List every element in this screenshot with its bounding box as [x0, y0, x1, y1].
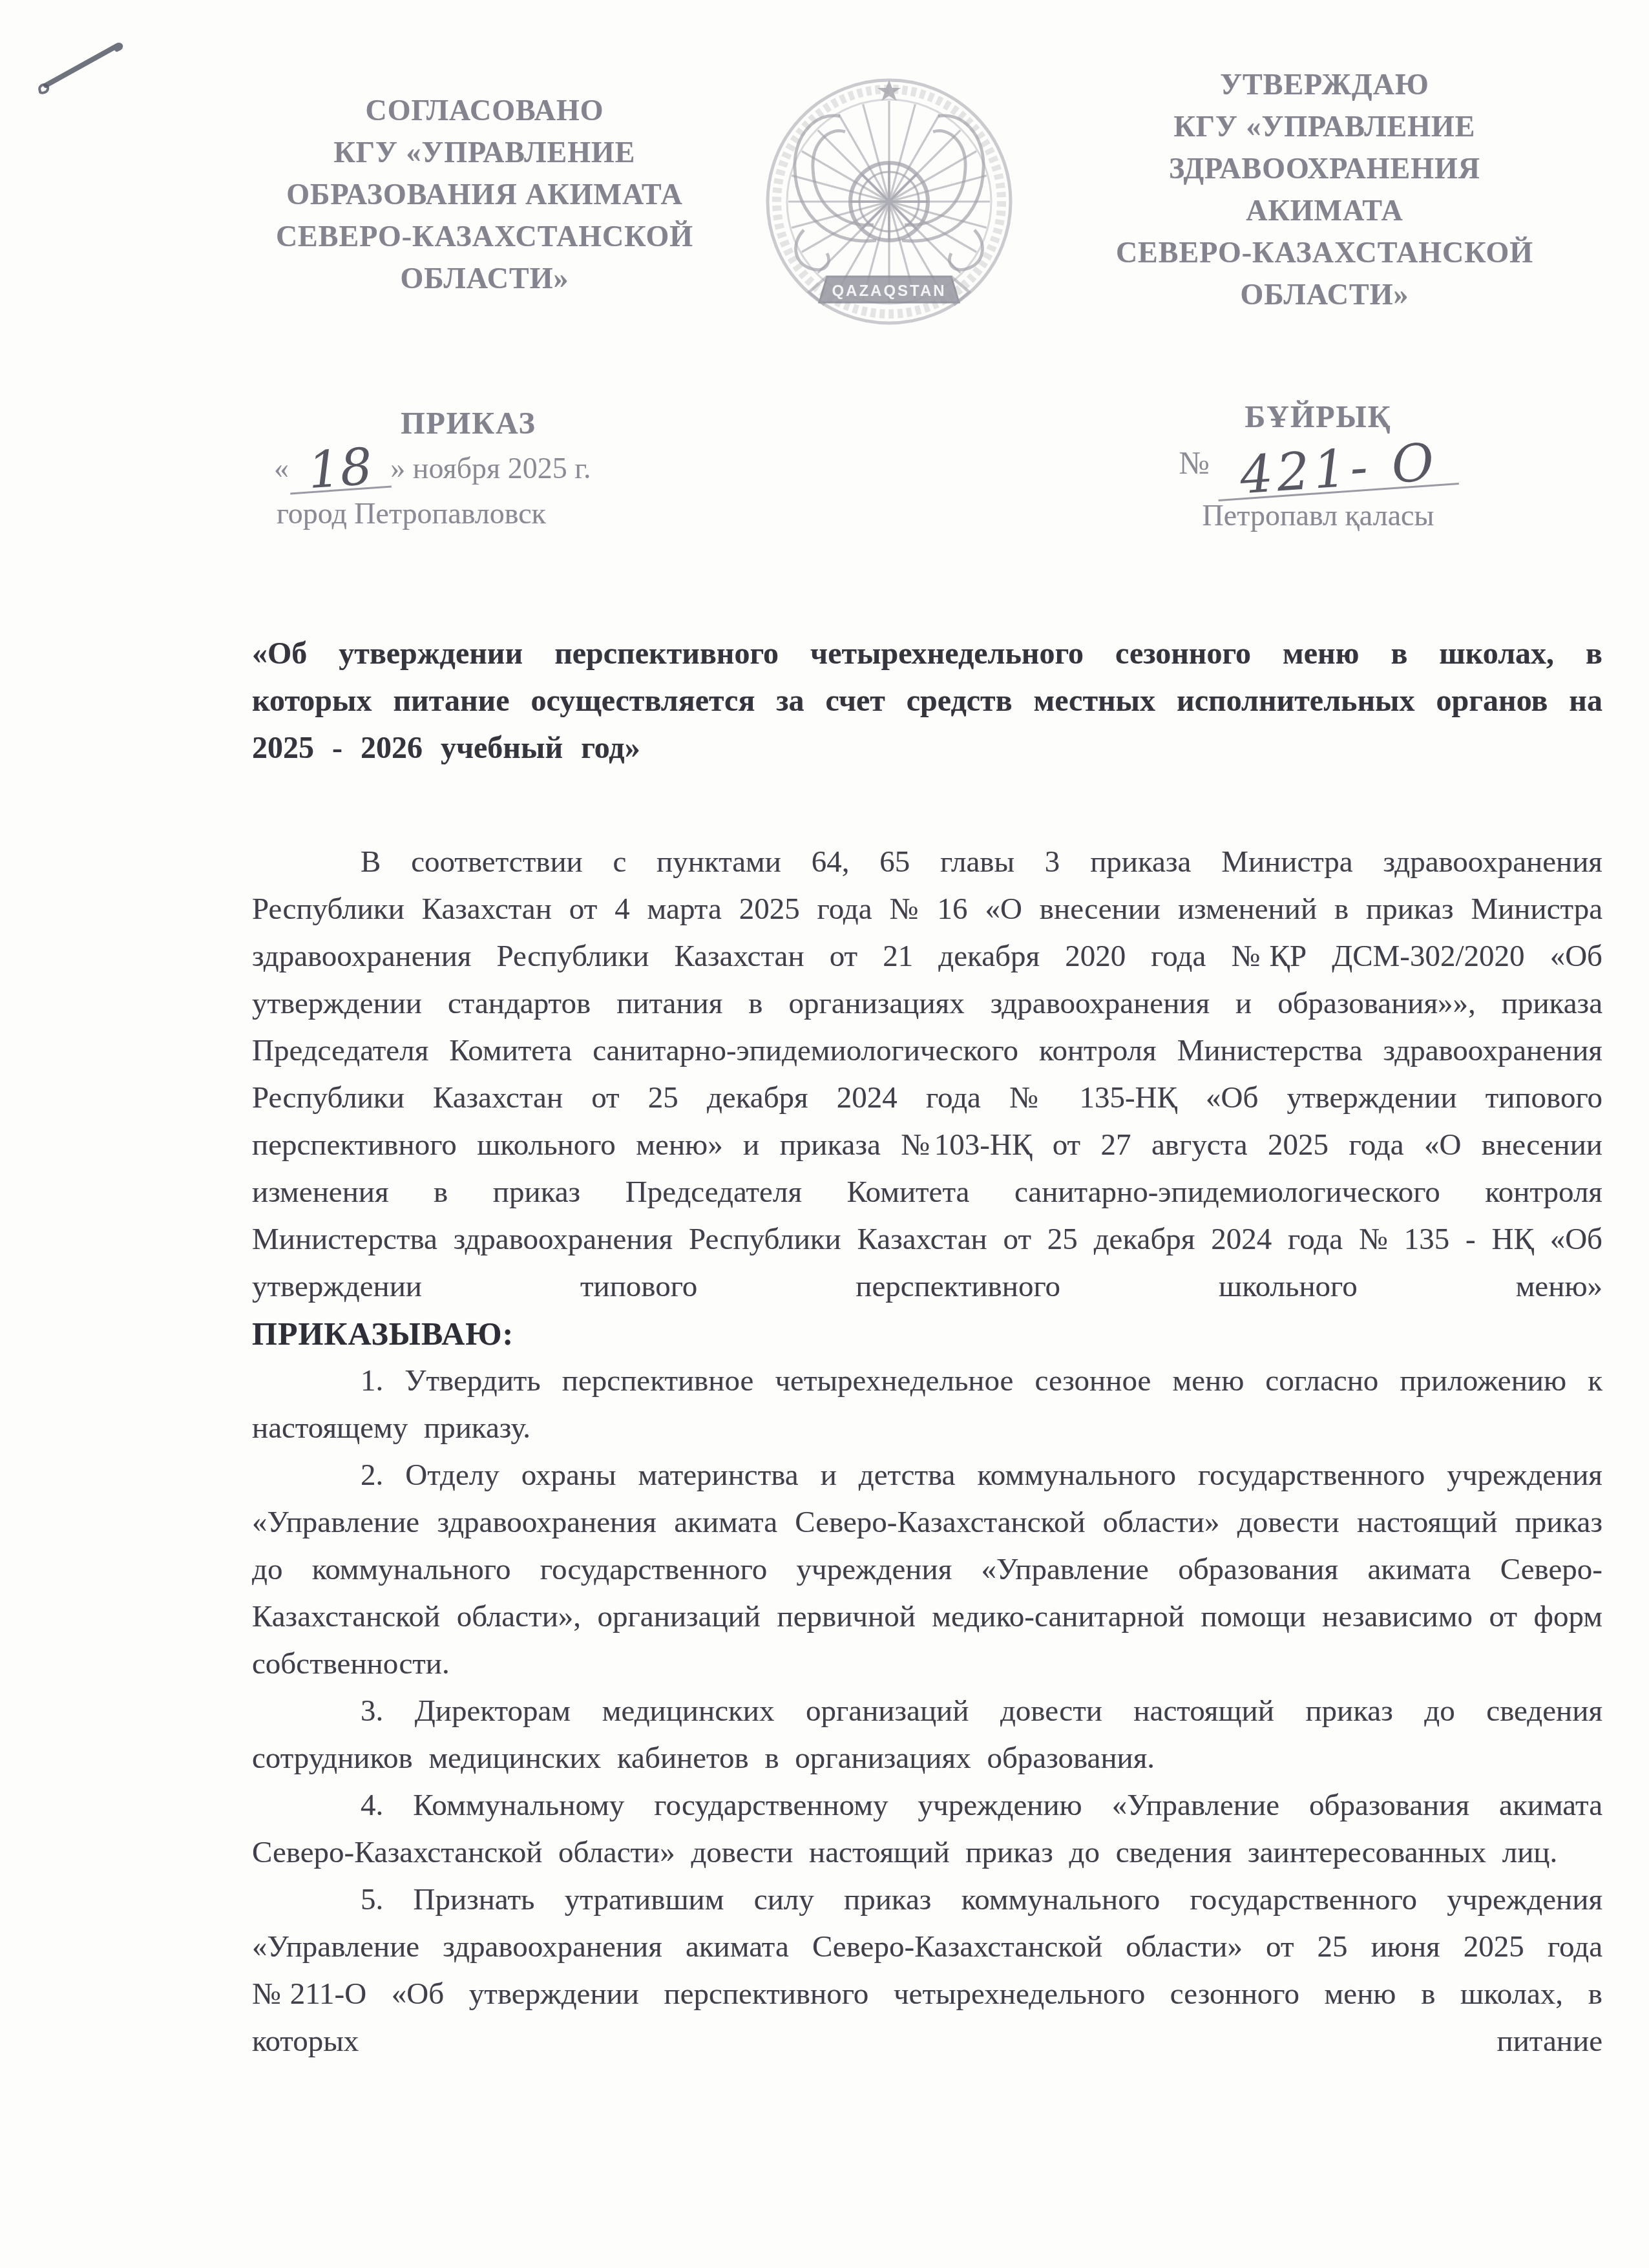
approved-line: ЗДРАВООХРАНЕНИЯ [1053, 147, 1596, 189]
approved-line: УТВЕРЖДАЮ [1053, 63, 1596, 105]
approved-line: СЕВЕРО-КАЗАХСТАНСКОЙ [1053, 231, 1596, 273]
number-sign: № [1179, 445, 1210, 481]
handwritten-date: 18 [288, 447, 392, 495]
date-rest: » ноября 2025 г. [390, 452, 591, 485]
order-ru-title: ПРИКАЗ [271, 406, 666, 441]
date-open-quote: « [274, 452, 289, 485]
agreed-line: СОГЛАСОВАНО [233, 89, 737, 131]
order-item-2: 2. Отделу охраны материнства и детства к… [252, 1452, 1602, 1688]
intro-paragraph: В соответствии с пунктами 64, 65 главы 3… [252, 839, 1602, 1310]
order-subject: «Об утверждении перспективного четырехне… [252, 630, 1602, 772]
emblem-banner-text: QAZAQSTAN [832, 282, 946, 300]
handwritten-order-number: 421- О [1215, 441, 1459, 501]
pen-stroke-mark [23, 29, 136, 103]
approved-line: АКИМАТА [1053, 189, 1596, 231]
approved-line: ОБЛАСТИ» [1053, 273, 1596, 315]
agreed-line: ОБРАЗОВАНИЯ АКИМАТА [233, 173, 737, 215]
order-number-line: № 421- О [1134, 444, 1502, 493]
order-ru-city: город Петропавловск [271, 496, 666, 530]
approved-header-block: УТВЕРЖДАЮ КГУ «УПРАВЛЕНИЕ ЗДРАВООХРАНЕНИ… [1053, 63, 1596, 315]
agreed-line: СЕВЕРО-КАЗАХСТАНСКОЙ [233, 215, 737, 257]
order-kz-city: Петропавл қаласы [1134, 498, 1502, 532]
approved-line: КГУ «УПРАВЛЕНИЕ [1053, 105, 1596, 147]
document-content: «Об утверждении перспективного четырехне… [252, 630, 1602, 2065]
order-item-5: 5. Признать утратившим силу приказ комму… [252, 1876, 1602, 2065]
order-ru-block: ПРИКАЗ «18» ноября 2025 г. город Петропа… [271, 406, 666, 530]
agreed-line: КГУ «УПРАВЛЕНИЕ [233, 131, 737, 173]
agreed-header-block: СОГЛАСОВАНО КГУ «УПРАВЛЕНИЕ ОБРАЗОВАНИЯ … [233, 89, 737, 299]
order-kz-title: БҰЙРЫҚ [1134, 399, 1502, 435]
kazakhstan-emblem-icon: QAZAQSTAN [757, 75, 1021, 328]
order-item-3: 3. Директорам медицинских организаций до… [252, 1688, 1602, 1782]
order-date-line: «18» ноября 2025 г. [271, 450, 666, 491]
agreed-line: ОБЛАСТИ» [233, 257, 737, 299]
order-kz-block: БҰЙРЫҚ № 421- О Петропавл қаласы [1134, 399, 1502, 532]
order-item-1: 1. Утвердить перспективное четырехнедель… [252, 1358, 1602, 1452]
order-item-4: 4. Коммунальному государственному учрежд… [252, 1782, 1602, 1876]
decree-word: ПРИКАЗЫВАЮ: [252, 1310, 1602, 1358]
scanned-order-document: СОГЛАСОВАНО КГУ «УПРАВЛЕНИЕ ОБРАЗОВАНИЯ … [0, 0, 1649, 2268]
